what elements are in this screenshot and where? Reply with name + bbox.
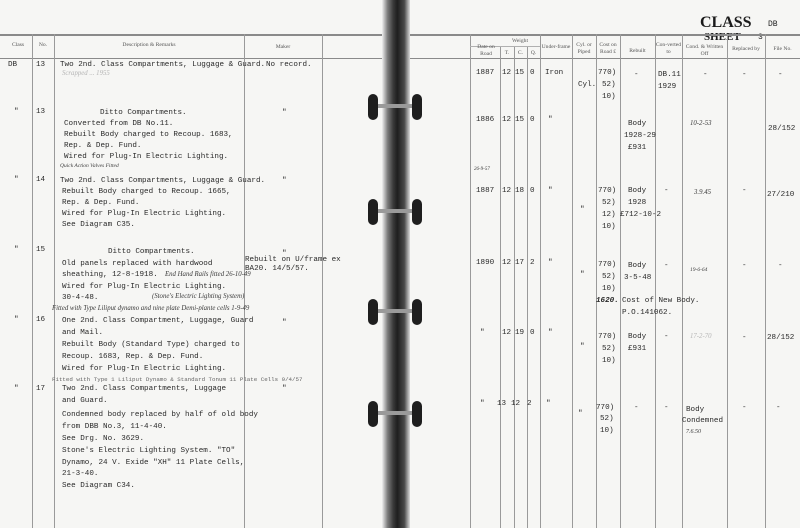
cell-converted: - [664, 332, 669, 342]
cell-cost: 770) [598, 332, 616, 342]
cell-date: 1890 [476, 258, 494, 268]
handwritten-note: End Hand Rails fitted 26-10-49 [165, 271, 251, 278]
cell-maker: " [282, 384, 287, 394]
cell-weight-c: 15 [515, 115, 524, 125]
header-description: Description & Remarks [54, 42, 244, 49]
cell-file-no: 27/210 [767, 190, 794, 200]
cell-underframe: " [548, 115, 553, 125]
col-divider [572, 34, 573, 528]
cell-written-off: 3.9.45 [694, 189, 711, 196]
cell-no: 15 [36, 245, 45, 255]
cell-description: Ditto Compartments. [100, 108, 187, 118]
cell-underframe: " [548, 258, 553, 268]
cell-class: " [14, 245, 19, 255]
cell-underframe: " [548, 328, 553, 338]
binder-ring [368, 100, 422, 112]
header-date-on-road: Date on Road [472, 44, 500, 57]
cell-description: Wired for Plug-In Electric Lighting. [62, 364, 226, 374]
cell-description: Converted from DB No.11. [64, 119, 173, 129]
cell-file-no: 28/152 [767, 333, 794, 343]
cell-description: from DBB No.3, 11-4-40. [62, 422, 167, 432]
cell-description: Two 2nd. Class Compartments, Luggage & G… [60, 60, 265, 70]
cell-converted: - [664, 261, 669, 271]
cell-no: 17 [36, 384, 45, 394]
cell-written-off: - [703, 70, 708, 80]
cell-weight-q: 0 [530, 115, 535, 125]
cell-description: and Guard. [62, 396, 108, 406]
cell-description: Rebuilt Body charged to Recoup. 1683, [64, 130, 233, 140]
cell-rebuilt: £931 [628, 344, 646, 354]
cell-replaced-by: - [742, 333, 747, 343]
handwritten-note: Quick Action Valves Fitted [60, 163, 119, 169]
cell-weight-t: 12 [502, 258, 511, 268]
cell-cost: 52) [602, 198, 616, 208]
cell-replaced-by: - [742, 70, 747, 80]
cell-description: Wired for Plug-In Electric Lighting. [62, 282, 226, 292]
cell-cost: 52) [600, 414, 614, 424]
col-divider [322, 34, 323, 528]
cell-cost: 10) [602, 92, 616, 102]
cell-weight-c: 18 [515, 186, 524, 196]
cell-file-no: - [778, 70, 783, 80]
cell-no: 13 [36, 60, 45, 70]
cell-no: 13 [36, 107, 45, 117]
cell-converted: 1929 [658, 82, 676, 92]
cell-weight-c: 12 [511, 399, 520, 409]
header-maker: Maker [244, 44, 322, 51]
cell-weight-t: 13 [497, 399, 506, 409]
header-cost-on-road: Cost on Road £ [596, 42, 620, 55]
col-divider [540, 34, 541, 528]
cell-description: Two 2nd. Class Compartments, Luggage & G… [60, 176, 265, 186]
cell-rebuilt: 3-5-48 [624, 273, 651, 283]
cell-weight-t: 12 [502, 68, 511, 78]
cell-cyl: " [580, 342, 585, 352]
cell-cost: 10) [602, 356, 616, 366]
handwritten-note: Fitted with Type Liliput dynamo and nine… [52, 305, 249, 312]
cell-class: " [14, 315, 19, 325]
cell-written-off: 10-2-53 [690, 120, 712, 127]
class-title: CLASS [700, 14, 752, 32]
cell-file-no: 28/152 [768, 124, 795, 134]
col-divider [765, 34, 766, 528]
cell-description: One 2nd. Class Compartment, Luggage, Gua… [62, 316, 253, 326]
cell-weight-t: 12 [502, 115, 511, 125]
cell-maker: " [282, 108, 287, 118]
cell-cost: 52) [602, 344, 616, 354]
class-value: DB [768, 20, 778, 29]
handwritten-note: Scrapped ... 1955 [62, 70, 110, 77]
col-divider [527, 46, 528, 528]
col-divider [727, 34, 728, 528]
cell-cost: 770) [596, 403, 614, 413]
cell-description: See Diagram C35. [62, 220, 135, 230]
cell-cost: 770) [598, 260, 616, 270]
col-divider [620, 34, 621, 528]
cell-rebuilt: - [634, 70, 639, 80]
cell-cyl: " [580, 270, 585, 280]
cell-description: Stone's Electric Lighting System. "TO" [62, 446, 235, 456]
binder-ring [368, 407, 422, 419]
cell-date: " [480, 328, 485, 338]
cell-description: See Diagram C34. [62, 481, 135, 491]
cell-description: Two 2nd. Class Compartments, Luggage [62, 384, 226, 394]
cell-date: " [480, 399, 485, 409]
cell-written-off: 19-6-64 [690, 267, 707, 273]
cell-cost-extra: 1620. [596, 296, 619, 306]
cell-class: " [14, 175, 19, 185]
cell-description: Wired for Plug-In Electric Lighting. [64, 152, 228, 162]
cell-description: and Mail. [62, 328, 103, 338]
cell-class: " [14, 384, 19, 394]
cell-cost: 10) [602, 222, 616, 232]
cell-description: Rep. & Dep. Fund. [64, 141, 141, 151]
cell-weight-q: 0 [530, 68, 535, 78]
col-divider [655, 34, 656, 528]
cell-weight-t: 12 [502, 186, 511, 196]
cell-maker: No record. [266, 60, 312, 70]
cell-rebuilt: Body [628, 261, 646, 271]
cell-cost: 770) [598, 68, 616, 78]
cell-rebuilt: 1928 [628, 198, 646, 208]
cell-description: Condemned body replaced by half of old b… [62, 410, 258, 420]
cell-description: Ditto Compartments. [108, 247, 195, 257]
cell-cyl: " [580, 205, 585, 215]
header-cond-written-off: Cond. & Written Off [682, 44, 727, 57]
cell-cost: 52) [602, 80, 616, 90]
cell-written-off: Body [686, 405, 704, 415]
handwritten-note: 26-9-57 [474, 167, 490, 172]
cell-weight-t: 12 [502, 328, 511, 338]
cell-cost: 52) [602, 272, 616, 282]
cell-description: Rebuilt Body charged to Recoup. 1665, [62, 187, 231, 197]
cost-note: P.O.141062. [622, 308, 672, 318]
cell-description: Rebuilt Body (Standard Type) charged to [62, 340, 240, 350]
col-divider [54, 34, 55, 528]
header-cyl-or-piped: Cyl. or Piped [572, 42, 596, 55]
cell-class: " [14, 107, 19, 117]
cell-weight-q: 0 [530, 328, 535, 338]
cell-rebuilt: £712-10-2 [620, 210, 661, 220]
ledger-page: CLASS DB SHEET 3 Class No. Description &… [0, 0, 800, 528]
handwritten-note: (Stone's Electric Lighting System) [152, 293, 244, 300]
cell-weight-q: 2 [527, 399, 532, 409]
cell-cost: 10) [602, 284, 616, 294]
cell-description: Wired for Plug-In Electric Lighting. [62, 209, 226, 219]
header-underframe: Under-frame [540, 44, 572, 51]
cell-rebuilt: Body [628, 119, 646, 129]
cell-description: Dynamo, 24 V. Exide "XH" 11 Plate Cells, [62, 458, 244, 468]
cell-weight-c: 19 [515, 328, 524, 338]
cell-no: 16 [36, 315, 45, 325]
cell-weight-c: 15 [515, 68, 524, 78]
binder-ring [368, 305, 422, 317]
cell-maker: " [282, 318, 287, 328]
col-divider [500, 46, 501, 528]
cell-description: Rep. & Dep. Fund. [62, 198, 139, 208]
cell-description: Old panels replaced with hardwood [62, 259, 212, 269]
cell-underframe: " [546, 399, 551, 409]
cell-description: Recoup. 1683, Rep. & Dep. Fund. [62, 352, 203, 362]
header-class: Class [4, 42, 32, 49]
cell-maker: " [282, 176, 287, 186]
cell-rebuilt: - [634, 403, 639, 413]
cell-file-no: - [778, 261, 783, 271]
cell-converted: DB.11 [658, 70, 681, 80]
cell-rebuilt: Body [628, 332, 646, 342]
cell-cost: 10) [600, 426, 614, 436]
cell-converted: - [664, 186, 669, 196]
binder-spine [382, 0, 410, 528]
cell-underframe: Iron [545, 68, 563, 78]
cell-class: DB [8, 60, 17, 70]
cell-no: 14 [36, 175, 45, 185]
sheet-title: SHEET [704, 31, 741, 43]
cell-description: sheathing, 12-8-1918. [62, 270, 158, 280]
cell-description: 21-3-40. [62, 469, 98, 479]
cell-replaced-by: - [742, 261, 747, 271]
cell-underframe: " [548, 186, 553, 196]
header-no: No. [32, 42, 54, 49]
cell-rebuilt: £931 [628, 143, 646, 153]
cell-date: 1887 [476, 68, 494, 78]
cell-weight-c: 17 [515, 258, 524, 268]
cell-written-off: Condemned [682, 416, 723, 426]
cell-cyl: Cyl. [578, 80, 596, 90]
cell-weight-q: 0 [530, 186, 535, 196]
cell-cost: 770) [598, 186, 616, 196]
cell-date: 1887 [476, 186, 494, 196]
cell-rebuilt: Body [628, 186, 646, 196]
cost-note: Cost of New Body. [622, 296, 699, 306]
col-divider [682, 34, 683, 528]
cell-written-off: 17-2-70 [690, 333, 712, 340]
col-divider [596, 34, 597, 528]
header-rebuilt: Rebuilt [620, 48, 655, 55]
cell-date: 1886 [476, 115, 494, 125]
col-divider [244, 34, 245, 528]
cell-file-no: - [776, 403, 781, 413]
header-converted-to: Con-verted to [655, 42, 682, 55]
cell-rebuilt: 1928-29 [624, 131, 656, 141]
header-replaced-by: Replaced by [727, 46, 765, 53]
header-weight: Weight [500, 38, 540, 45]
binder-ring [368, 205, 422, 217]
maker-note: BA20. 14/5/57. [245, 264, 309, 274]
col-divider [32, 34, 33, 528]
header-file-no: File No. [765, 46, 800, 53]
cell-cost: 12) [602, 210, 616, 220]
cell-written-off: 7.6.50 [686, 429, 701, 435]
cell-cyl: " [578, 409, 583, 419]
cell-converted: - [664, 403, 669, 413]
cell-replaced-by: - [742, 403, 747, 413]
cell-replaced-by: - [742, 186, 747, 196]
header-weight-t: T. [500, 50, 514, 57]
cell-weight-q: 2 [530, 258, 535, 268]
cell-description: 30-4-48. [62, 293, 98, 303]
col-divider [470, 34, 471, 528]
header-weight-c: C. [514, 50, 527, 57]
cell-description: See Drg. No. 3629. [62, 434, 144, 444]
header-weight-q: Q. [527, 50, 540, 57]
